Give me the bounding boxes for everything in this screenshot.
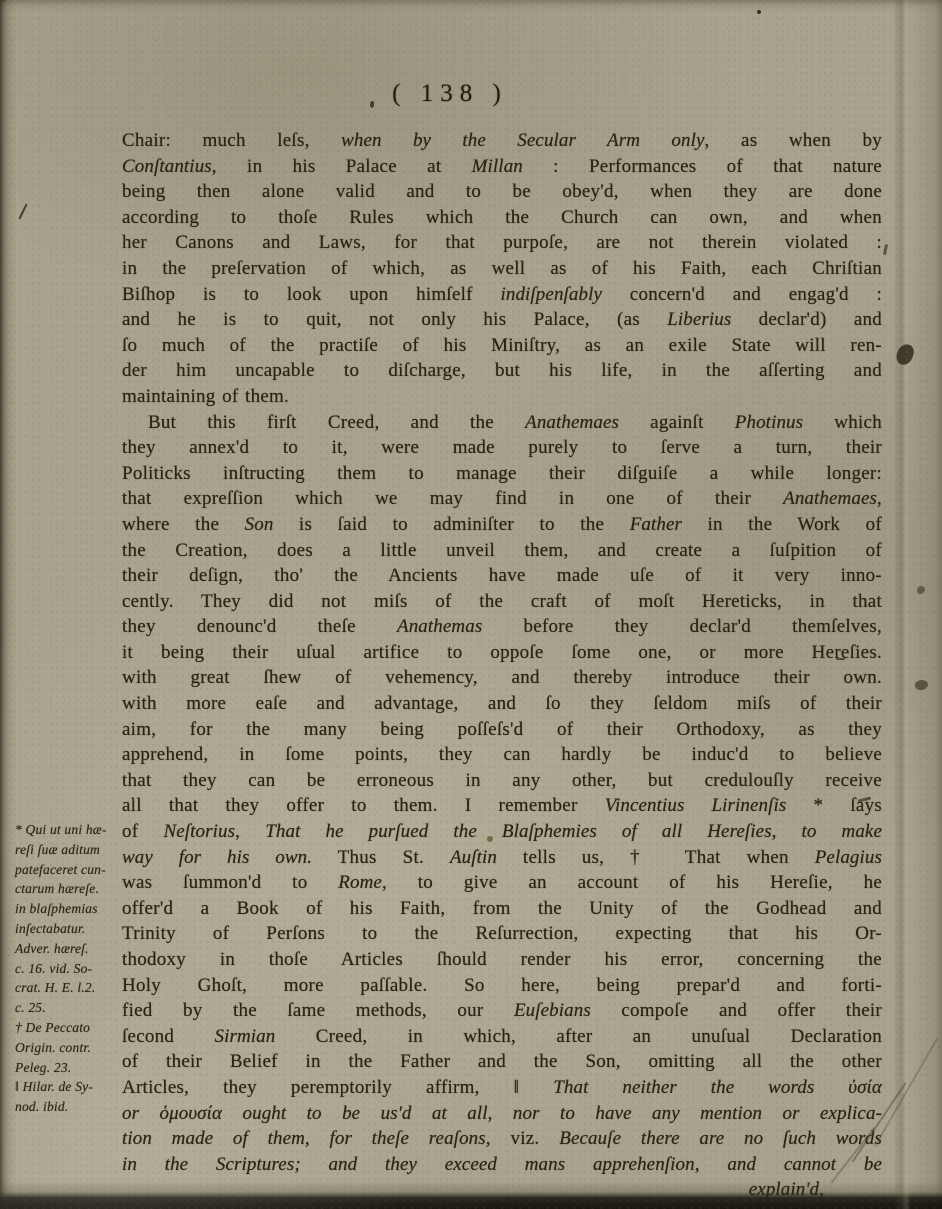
ink-speck (836, 658, 845, 660)
margin-note-line: * Qui ut uni hæ- (15, 820, 131, 840)
margin-note-line: Peleg. 23. (15, 1058, 131, 1078)
text-line: it being their uſual artifice to oppoſe … (122, 640, 882, 666)
page-number: ( 138 ) (360, 80, 540, 108)
text-line: of their Belief in the Father and the So… (122, 1049, 882, 1075)
text-line: Trinity of Perſons to the Reſurrection, … (122, 921, 882, 947)
ink-speck (914, 678, 930, 692)
margin-note-line: Adver. hæreſ. (15, 939, 131, 959)
text-line: the Creation, does a little unveil them,… (122, 538, 882, 564)
stain-fleck (487, 836, 493, 842)
margin-note-line: in blaſphemias (15, 899, 131, 919)
text-line: with great ſhew of vehemency, and thereb… (122, 665, 882, 691)
text-line: fied by the ſame methods, our Euſebians … (122, 998, 882, 1024)
ink-speck (370, 101, 374, 108)
book-page-scan: ( 138 ) Chair: much leſs, when by the Se… (0, 0, 942, 1209)
ink-speck (883, 244, 888, 255)
text-line: or ὁμουσία ought to be us'd at all, nor … (122, 1101, 882, 1127)
text-line: way for his own. Thus St. Auſtin tells u… (122, 845, 882, 871)
text-line: where the Son is ſaid to adminiſter to t… (122, 512, 882, 538)
text-line: according to thoſe Rules which the Churc… (122, 205, 882, 231)
margin-note-line: inſectabatur. (15, 919, 131, 939)
margin-notes: * Qui ut uni hæ-reſi ſuæ aditumpatefacer… (15, 820, 131, 1117)
text-line: of Neſtorius, That he purſued the Blaſph… (122, 819, 882, 845)
text-line: tion made of them, for theſe reaſons, vi… (122, 1126, 882, 1152)
text-line: Articles, they peremptorily affirm, ‖ Th… (122, 1075, 882, 1101)
margin-note-line: c. 25. (15, 998, 131, 1018)
corner-crease (874, 1038, 938, 1147)
text-line: in the preſervation of which, as well as… (122, 256, 882, 282)
text-line: maintaining of them. (122, 384, 882, 410)
margin-note-line: reſi ſuæ aditum (15, 840, 131, 860)
text-line: Chair: much leſs, when by the Secular Ar… (122, 128, 882, 154)
text-line: Biſhop is to look upon himſelf indiſpenſ… (122, 282, 882, 308)
text-line: ſecond Sirmian Creed, in which, after an… (122, 1024, 882, 1050)
text-line: Conſtantius, in his Palace at Millan : P… (122, 154, 882, 180)
text-line: cently. They did not miſs of the craft o… (122, 589, 882, 615)
text-line: her Canons and Laws, for that purpoſe, a… (122, 230, 882, 256)
text-line: and he is to quit, not only his Palace, … (122, 307, 882, 333)
text-line: aim, for the many being poſſeſs'd of the… (122, 717, 882, 743)
text-line: their deſign, tho' the Ancients have mad… (122, 563, 882, 589)
margin-note-line: patefaceret cun- (15, 860, 131, 880)
text-line: explain'd, (122, 1177, 882, 1203)
text-line: offer'd a Book of his Faith, from the Un… (122, 896, 882, 922)
text-line: all that they offer to them. I remember … (122, 793, 882, 819)
text-line: in the Scriptures; and they exceed mans … (122, 1152, 882, 1178)
text-line: thodoxy in thoſe Articles ſhould render … (122, 947, 882, 973)
text-line: Politicks inſtructing them to manage the… (122, 461, 882, 487)
text-line: der him uncapable to diſcharge, but his … (122, 358, 882, 384)
text-line: ſo much of the practiſe of his Miniſtry,… (122, 333, 882, 359)
ink-speck (917, 586, 925, 594)
text-line: being then alone valid and to be obey'd,… (122, 179, 882, 205)
text-line: that expreſſion which we may find in one… (122, 486, 882, 512)
text-column: Chair: much leſs, when by the Secular Ar… (122, 128, 882, 1203)
text-line: apprehend, in ſome points, they can hard… (122, 742, 882, 768)
page-edge-crease (893, 0, 911, 1209)
margin-note-line: c. 16. vid. So- (15, 959, 131, 979)
margin-note-line: ‖ Hilar. de Sy- (15, 1077, 131, 1097)
text-line: Holy Ghoſt, more paſſable. So here, bein… (122, 973, 882, 999)
text-line: with more eaſe and advantage, and ſo the… (122, 691, 882, 717)
margin-note-line: crat. H. E. l.2. (15, 978, 131, 998)
margin-note-line: Origin. contr. (15, 1038, 131, 1058)
text-line: they denounc'd theſe Anathemas before th… (122, 614, 882, 640)
text-line: that they can be erroneous in any other,… (122, 768, 882, 794)
ink-speck (18, 203, 27, 219)
ink-speck (0, 0, 6, 2)
ink-speck (757, 10, 761, 14)
margin-note-line: † De Peccato (15, 1018, 131, 1038)
stain-blot (894, 342, 916, 367)
text-line: they annex'd to it, were made purely to … (122, 435, 882, 461)
text-line: But this firſt Creed, and the Anathemaes… (122, 410, 882, 436)
margin-note-line: ctarum hæreſe. (15, 879, 131, 899)
text-line: was ſummon'd to Rome, to give an account… (122, 870, 882, 896)
margin-note-line: nod. ibid. (15, 1097, 131, 1117)
